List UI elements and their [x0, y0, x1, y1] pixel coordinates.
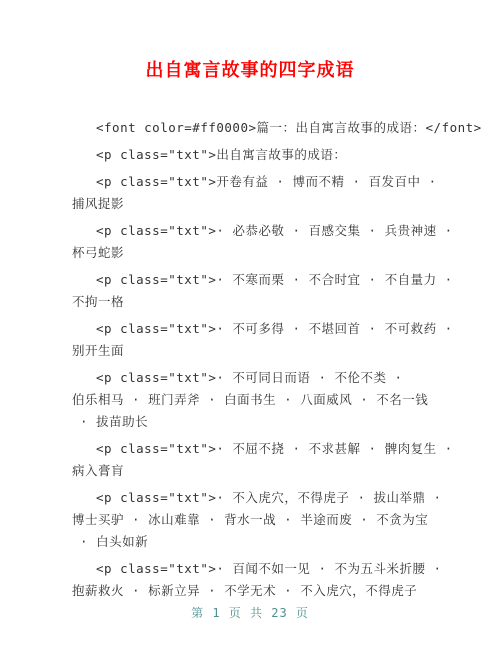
text-line: <p class="txt">开卷有益 · 博而不精 · 百发百中 ·	[72, 171, 428, 193]
paragraph: <p class="txt">· 不可多得 · 不堪回首 · 不可救药 ·别开生…	[72, 318, 428, 362]
text-line: 杯弓蛇影	[72, 242, 428, 264]
paragraph: <p class="txt">· 必恭必敬 · 百感交集 · 兵贵神速 ·杯弓蛇…	[72, 220, 428, 264]
text-line: <p class="txt">出自寓言故事的成语：	[72, 144, 428, 166]
text-line: · 白头如新	[72, 531, 428, 553]
text-line: <p class="txt">· 百闻不如一见 · 不为五斗米折腰 ·	[72, 558, 428, 580]
paragraph: <p class="txt">出自寓言故事的成语：	[72, 144, 428, 166]
text-line: 捕风捉影	[72, 193, 428, 215]
text-line: <font color=#ff0000>篇一：出自寓言故事的成语：</font>	[72, 117, 428, 139]
text-line: 抱薪救火 · 标新立异 · 不学无术 · 不入虎穴，不得虎子	[72, 580, 428, 602]
document-title: 出自寓言故事的四字成语	[0, 56, 500, 84]
text-line: <p class="txt">· 不入虎穴，不得虎子 · 拔山举鼎 ·	[72, 487, 428, 509]
paragraph: <p class="txt">开卷有益 · 博而不精 · 百发百中 ·捕风捉影	[72, 171, 428, 215]
text-line: <p class="txt">· 不可同日而语 · 不伦不类 ·	[72, 367, 428, 389]
text-line: 不拘一格	[72, 291, 428, 313]
document-page: 出自寓言故事的四字成语 <font color=#ff0000>篇一：出自寓言故…	[0, 0, 500, 647]
page-number-footer: 第 1 页 共 23 页	[0, 602, 500, 624]
text-line: 别开生面	[72, 340, 428, 362]
paragraph: <font color=#ff0000>篇一：出自寓言故事的成语：</font>	[72, 117, 428, 139]
text-line: <p class="txt">· 必恭必敬 · 百感交集 · 兵贵神速 ·	[72, 220, 428, 242]
text-line: <p class="txt">· 不可多得 · 不堪回首 · 不可救药 ·	[72, 318, 428, 340]
text-line: 病入膏肓	[72, 460, 428, 482]
paragraph: <p class="txt">· 不入虎穴，不得虎子 · 拔山举鼎 ·博士买驴 …	[72, 487, 428, 553]
document-body: <font color=#ff0000>篇一：出自寓言故事的成语：</font>…	[72, 117, 428, 602]
text-line: 博士买驴 · 冰山难靠 · 背水一战 · 半途而废 · 不贪为宝	[72, 509, 428, 531]
paragraph: <p class="txt">· 不屈不挠 · 不求甚解 · 髀肉复生 ·病入膏…	[72, 438, 428, 482]
paragraph: <p class="txt">· 不寒而栗 · 不合时宜 · 不自量力 ·不拘一…	[72, 269, 428, 313]
paragraph: <p class="txt">· 百闻不如一见 · 不为五斗米折腰 ·抱薪救火 …	[72, 558, 428, 602]
paragraph: <p class="txt">· 不可同日而语 · 不伦不类 ·伯乐相马 · 班…	[72, 367, 428, 433]
text-line: <p class="txt">· 不屈不挠 · 不求甚解 · 髀肉复生 ·	[72, 438, 428, 460]
text-line: <p class="txt">· 不寒而栗 · 不合时宜 · 不自量力 ·	[72, 269, 428, 291]
text-line: 伯乐相马 · 班门弄斧 · 白面书生 · 八面威风 · 不名一钱	[72, 389, 428, 411]
text-line: · 拔苗助长	[72, 411, 428, 433]
